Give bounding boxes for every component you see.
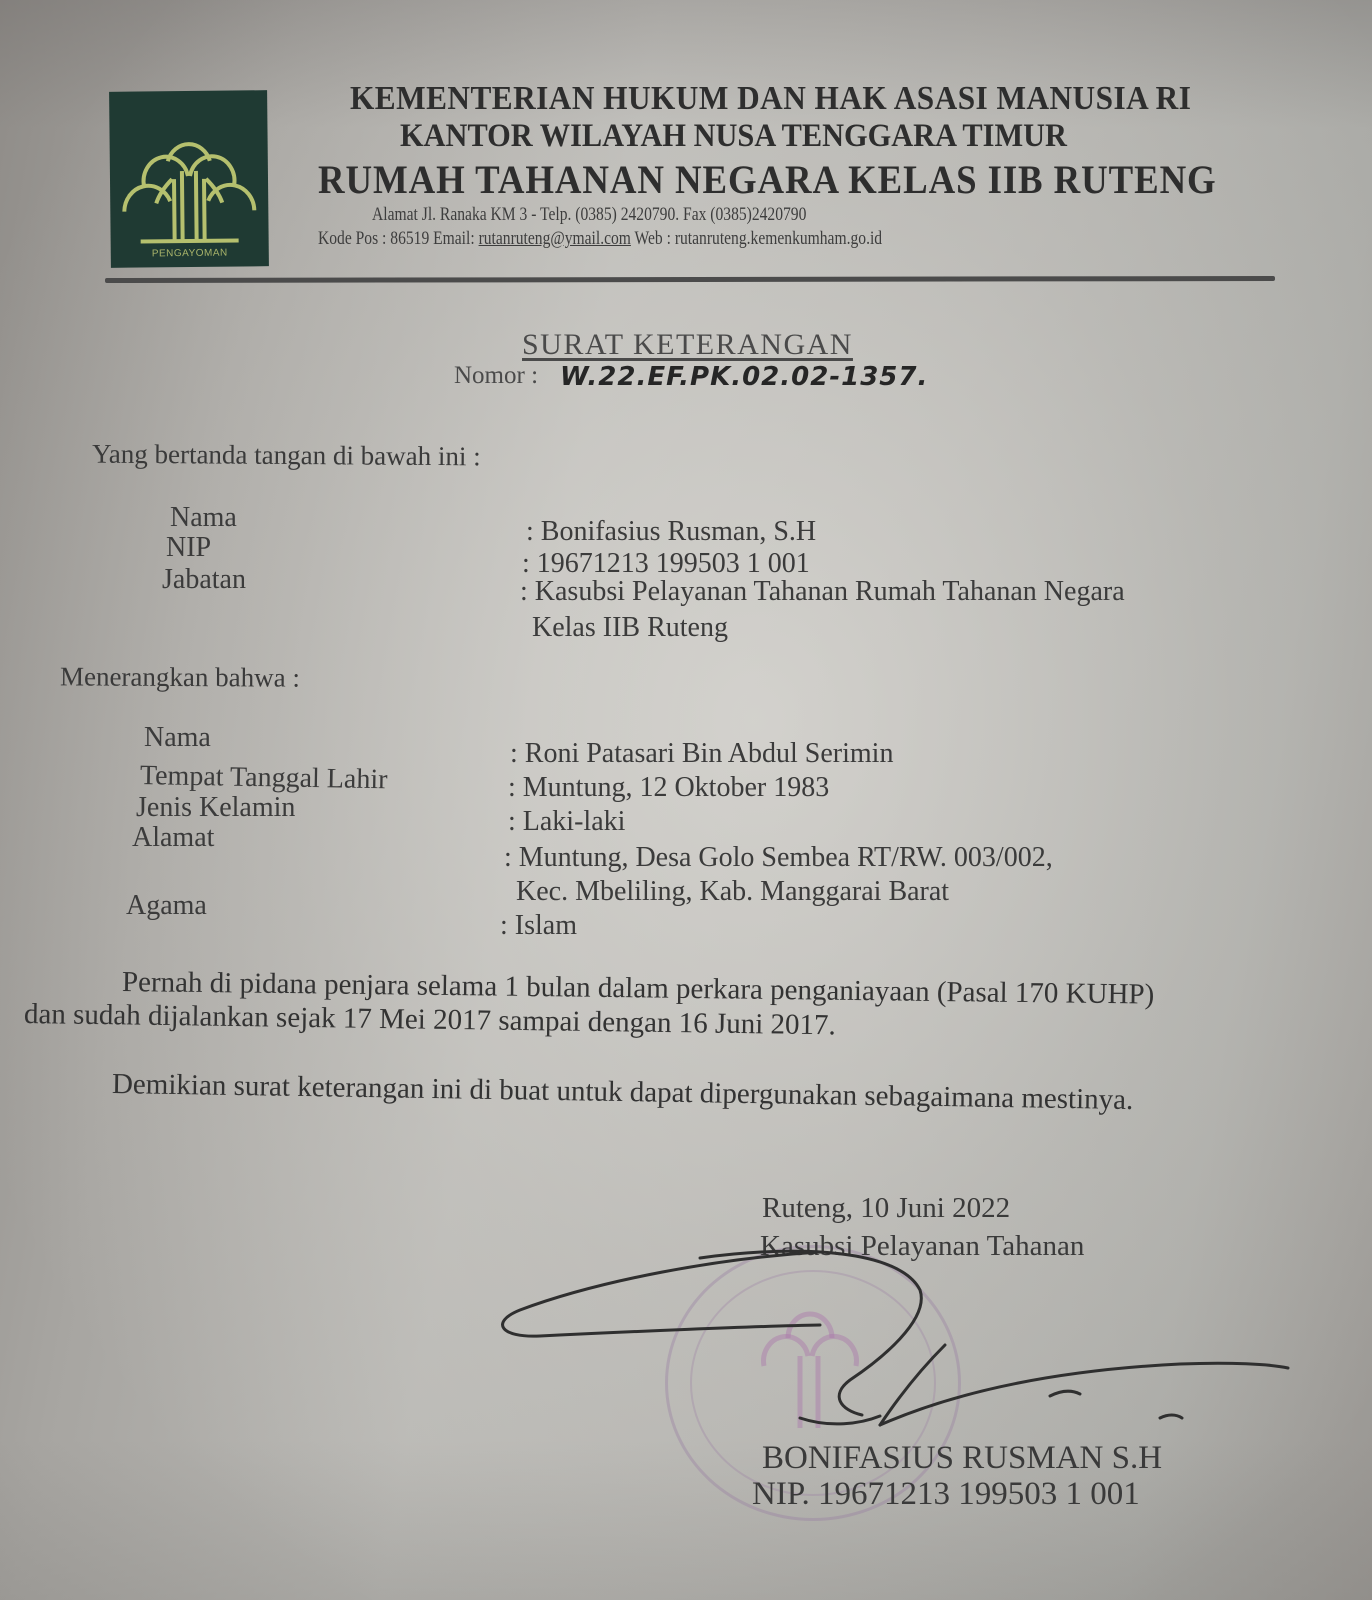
handwritten-signature-icon: [0, 0, 1372, 1600]
signatory-name: BONIFASIUS RUSMAN S.H: [762, 1440, 1162, 1477]
signatory-nip: NIP. 19671213 199503 1 001: [752, 1476, 1140, 1513]
